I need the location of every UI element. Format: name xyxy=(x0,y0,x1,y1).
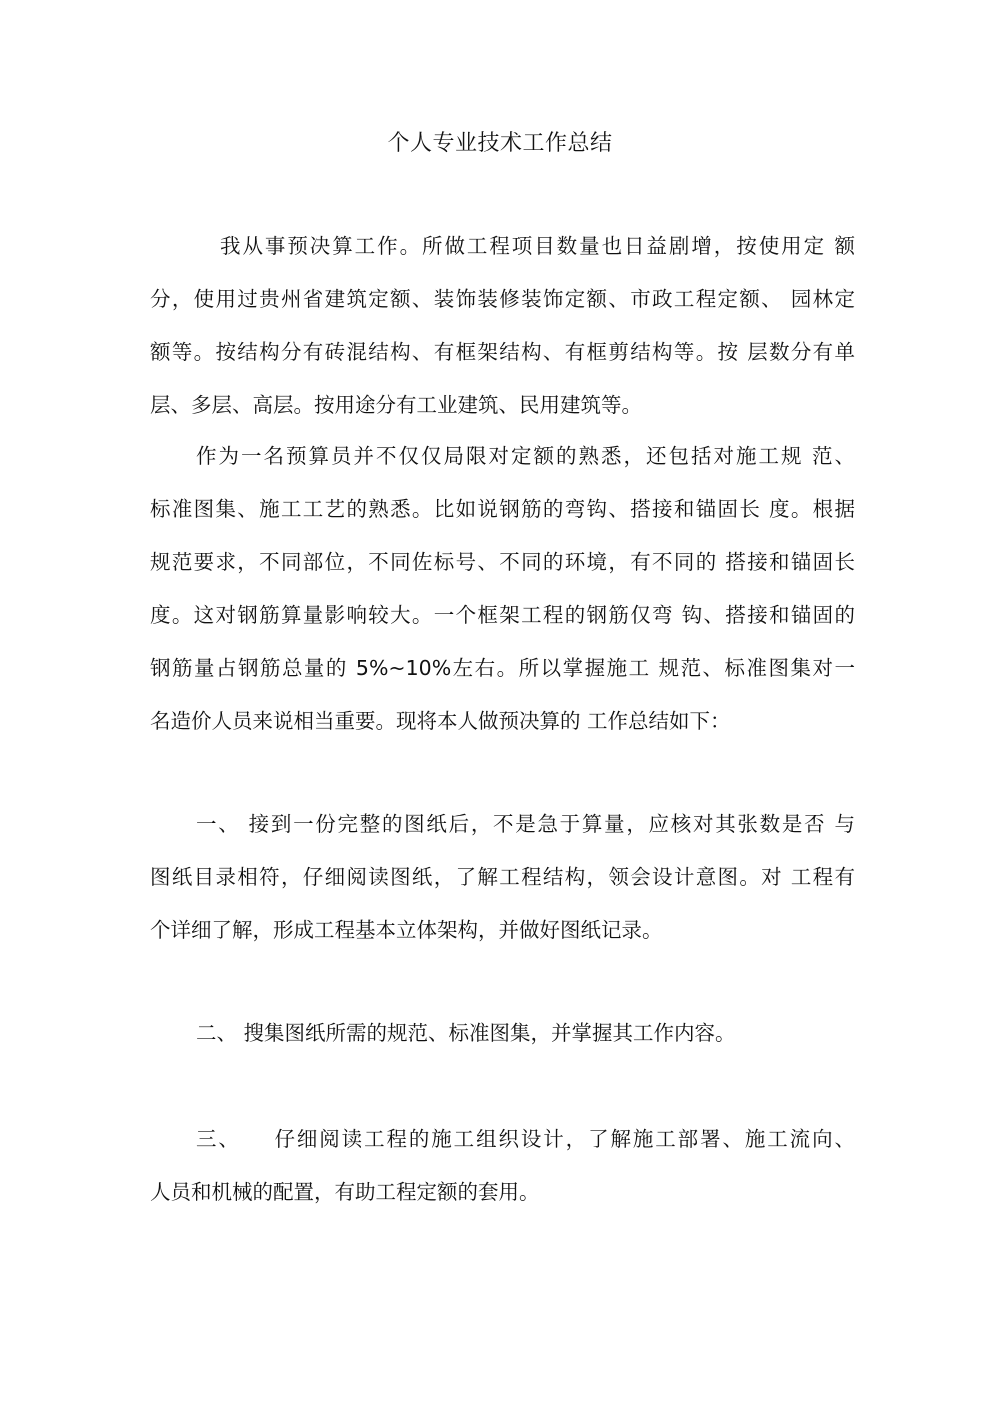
text-line: 一、 接到一份完整的图纸后，不是急于算量，应核对其张数是否 与 xyxy=(196,809,855,839)
text-line: 作为一名预算员并不仅仅局限对定额的熟悉，还包括对施工规 范、 xyxy=(196,441,855,471)
text-line: 人员和机械的配置，有助工程定额的套用。 xyxy=(150,1177,855,1207)
text-line: 度。这对钢筋算量影响较大。一个框架工程的钢筋仅弯 钩、搭接和锚固的 xyxy=(150,600,855,630)
text-line: 钢筋量占钢筋总量的 5%~10%左右。所以掌握施工 规范、标准图集对一 xyxy=(150,653,855,683)
text-line: 名造价人员来说相当重要。现将本人做预决算的 工作总结如下： xyxy=(150,706,855,736)
text-line: 三、 仔细阅读工程的施工组织设计，了解施工部署、施工流向、 xyxy=(196,1124,855,1154)
text-line: 分，使用过贵州省建筑定额、装饰装修装饰定额、市政工程定额、 园林定 xyxy=(150,284,855,314)
text-line: 层、多层、高层。按用途分有工业建筑、民用建筑等。 xyxy=(150,390,855,420)
text-line: 规范要求，不同部位，不同佐标号、不同的环境，有不同的 搭接和锚固长 xyxy=(150,547,855,577)
text-line: 二、 搜集图纸所需的规范、标准图集，并掌握其工作内容。 xyxy=(196,1018,855,1048)
text-line: 额等。按结构分有砖混结构、有框架结构、有框剪结构等。按 层数分有单 xyxy=(150,337,855,367)
text-line: 我从事预决算工作。所做工程项目数量也日益剧增，按使用定 额 xyxy=(220,231,855,261)
document-title: 个人专业技术工作总结 xyxy=(0,128,1000,160)
text-line: 个详细了解，形成工程基本立体架构，并做好图纸记录。 xyxy=(150,915,855,945)
text-line: 标准图集、施工工艺的熟悉。比如说钢筋的弯钩、搭接和锚固长 度。根据 xyxy=(150,494,855,524)
document-page: 个人专业技术工作总结 我从事预决算工作。所做工程项目数量也日益剧增，按使用定 额… xyxy=(0,0,1000,1415)
text-line: 图纸目录相符，仔细阅读图纸，了解工程结构，领会设计意图。对 工程有 xyxy=(150,862,855,892)
